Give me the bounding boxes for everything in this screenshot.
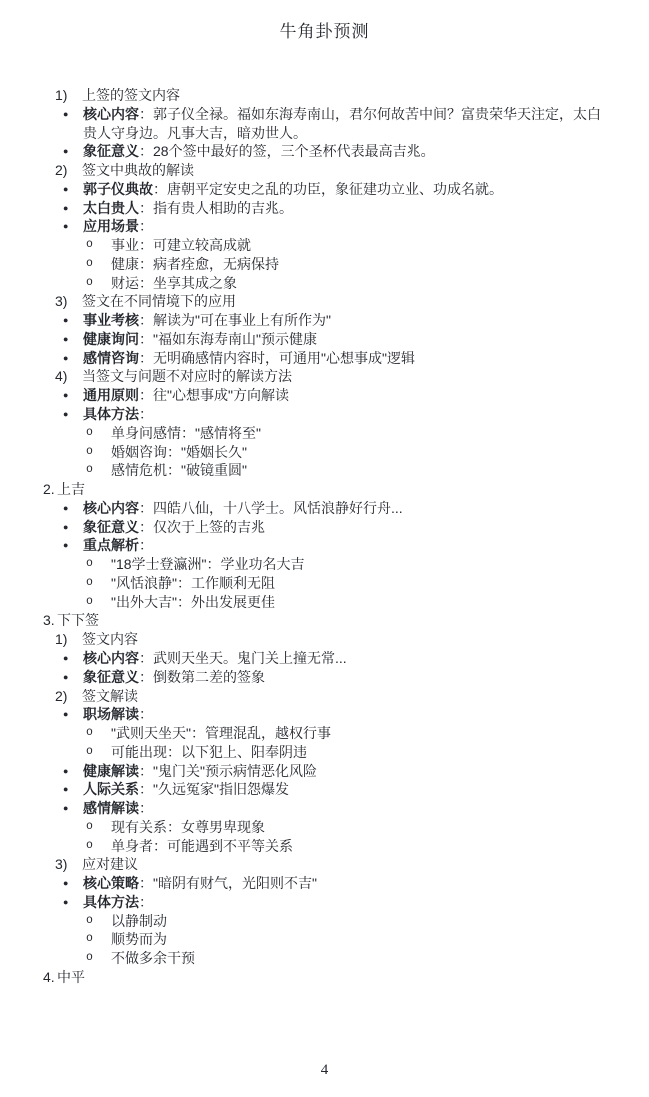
item-text: 婚姻咨询："婚姻长久" [111, 444, 247, 460]
document-page: 牛角卦预测 1)上签的签文内容●核心内容：郭子仪全禄。福如东海寿南山，君尔何故苦… [0, 0, 649, 1097]
bullet-item: ●象征意义：28个签中最好的签，三个圣杯代表最高吉兆。 [0, 142, 649, 161]
sub-bullet-marker: o [86, 555, 93, 574]
item-text: ：四皓八仙，十八学士。风恬浪静好行舟... [139, 500, 403, 516]
bullet-marker: ● [63, 217, 68, 236]
item-text: ： [139, 218, 153, 234]
sub-bullet-item: o感情危机："破镜重圆" [0, 461, 649, 480]
item-text: ： [139, 800, 153, 816]
bullet-item: ●重点解析： [0, 536, 649, 555]
item-label: 具体方法 [83, 894, 139, 910]
sub-bullet-item: o顺势而为 [0, 930, 649, 949]
sub-bullet-item: o婚姻咨询："婚姻长久" [0, 443, 649, 462]
item-label: 感情解读 [83, 800, 139, 816]
sub-bullet-item: o现有关系：女尊男卑现象 [0, 818, 649, 837]
bullet-marker: ● [63, 199, 68, 218]
number-marker: 3) [55, 855, 67, 874]
number-marker: 3. [43, 611, 55, 630]
bullet-item: ●事业考核：解读为"可在事业上有所作为" [0, 311, 649, 330]
sub-bullet-item: o"18学士登瀛洲"：学业功名大吉 [0, 555, 649, 574]
bullet-marker: ● [63, 499, 68, 518]
item-text: 顺势而为 [111, 931, 167, 947]
item-label: 象征意义 [83, 669, 139, 685]
bullet-item: ●核心内容：武则天坐天。鬼门关上撞无常... [0, 649, 649, 668]
item-text: "18学士登瀛洲"：学业功名大吉 [111, 556, 305, 572]
item-text: ：往"心想事成"方向解读 [139, 387, 289, 403]
item-text: ： [139, 537, 153, 553]
sub-bullet-marker: o [86, 593, 93, 612]
number-marker: 4. [43, 968, 55, 987]
bullet-marker: ● [63, 518, 68, 537]
item-text: 事业：可建立较高成就 [111, 237, 251, 253]
bullet-item: ●具体方法： [0, 405, 649, 424]
bullet-marker: ● [63, 386, 68, 405]
item-text: 签文内容 [82, 631, 138, 647]
bullet-marker: ● [63, 893, 68, 912]
item-text: "风恬浪静"：工作顺利无阻 [111, 575, 275, 591]
outline-subheading: 2)签文解读 [0, 687, 649, 706]
bullet-marker: ● [63, 330, 68, 349]
bullet-marker: ● [63, 405, 68, 424]
item-text: 上签的签文内容 [82, 87, 180, 103]
item-text: ： [139, 894, 153, 910]
item-text: 不做多余干预 [111, 950, 195, 966]
item-label: 重点解析 [83, 537, 139, 553]
number-marker: 2) [55, 161, 67, 180]
bullet-item: ●感情解读： [0, 799, 649, 818]
sub-bullet-marker: o [86, 574, 93, 593]
number-marker: 2. [43, 480, 55, 499]
item-text: "武则天坐天"：管理混乱，越权行事 [111, 725, 331, 741]
page-number: 4 [0, 1062, 649, 1079]
outline-subheading: 4)当签文与问题不对应时的解读方法 [0, 367, 649, 386]
item-label: 感情咨询 [83, 350, 139, 366]
item-text: ：郭子仪全禄。福如东海寿南山，君尔何故苦中间？富贵荣华天注定，太白贵人守身边。凡… [83, 106, 601, 141]
item-label: 象征意义 [83, 143, 139, 159]
outline-list: 1)上签的签文内容●核心内容：郭子仪全禄。福如东海寿南山，君尔何故苦中间？富贵荣… [0, 86, 649, 987]
bullet-marker: ● [63, 668, 68, 687]
sub-bullet-item: o健康：病者痊愈，无病保持 [0, 255, 649, 274]
item-label: 核心内容 [83, 650, 139, 666]
item-text: ："久远冤家"指旧怨爆发 [139, 781, 289, 797]
outline-heading: 4.中平 [0, 968, 649, 987]
sub-bullet-item: o"武则天坐天"：管理混乱，越权行事 [0, 724, 649, 743]
item-text: 签文中典故的解读 [82, 162, 194, 178]
item-text: ："鬼门关"预示病情恶化风险 [139, 763, 317, 779]
item-text: ： [139, 706, 153, 722]
sub-bullet-item: o事业：可建立较高成就 [0, 236, 649, 255]
item-label: 职场解读 [83, 706, 139, 722]
item-text: 感情危机："破镜重圆" [111, 462, 247, 478]
sub-bullet-item: o以静制动 [0, 912, 649, 931]
item-label: 核心内容 [83, 500, 139, 516]
sub-bullet-marker: o [86, 818, 93, 837]
item-text: ：指有贵人相助的吉兆。 [139, 200, 293, 216]
bullet-item: ●健康解读："鬼门关"预示病情恶化风险 [0, 762, 649, 781]
bullet-item: ●具体方法： [0, 893, 649, 912]
sub-bullet-item: o不做多余干预 [0, 949, 649, 968]
sub-bullet-item: o"风恬浪静"：工作顺利无阻 [0, 574, 649, 593]
sub-bullet-item: o"出外大吉"：外出发展更佳 [0, 593, 649, 612]
item-text: ：倒数第二差的签象 [139, 669, 265, 685]
sub-bullet-item: o财运：坐享其成之象 [0, 274, 649, 293]
item-label: 象征意义 [83, 519, 139, 535]
item-label: 郭子仪典故 [83, 181, 153, 197]
bullet-item: ●通用原则：往"心想事成"方向解读 [0, 386, 649, 405]
item-text: 可能出现：以下犯上、阳奉阴违 [111, 744, 307, 760]
bullet-marker: ● [63, 142, 68, 161]
bullet-marker: ● [63, 349, 68, 368]
sub-bullet-marker: o [86, 443, 93, 462]
sub-bullet-marker: o [86, 912, 93, 931]
item-text: ：武则天坐天。鬼门关上撞无常... [139, 650, 347, 666]
item-text: "出外大吉"：外出发展更佳 [111, 594, 275, 610]
item-label: 具体方法 [83, 406, 139, 422]
bullet-item: ●感情咨询：无明确感情内容时，可通用"心想事成"逻辑 [0, 349, 649, 368]
sub-bullet-item: o单身问感情："感情将至" [0, 424, 649, 443]
bullet-item: ●核心内容：四皓八仙，十八学士。风恬浪静好行舟... [0, 499, 649, 518]
item-text: 当签文与问题不对应时的解读方法 [82, 368, 292, 384]
outline-heading: 2.上吉 [0, 480, 649, 499]
sub-bullet-marker: o [86, 236, 93, 255]
item-label: 核心策略 [83, 875, 139, 891]
bullet-item: ●郭子仪典故：唐朝平定安史之乱的功臣，象征建功立业、功成名就。 [0, 180, 649, 199]
sub-bullet-marker: o [86, 255, 93, 274]
item-text: ："福如东海寿南山"预示健康 [139, 331, 317, 347]
outline-subheading: 1)签文内容 [0, 630, 649, 649]
item-text: ："暗阴有财气，光阳则不吉" [139, 875, 317, 891]
item-text: ：无明确感情内容时，可通用"心想事成"逻辑 [139, 350, 415, 366]
sub-bullet-marker: o [86, 930, 93, 949]
bullet-marker: ● [63, 649, 68, 668]
item-label: 通用原则 [83, 387, 139, 403]
outline-subheading: 3)应对建议 [0, 855, 649, 874]
outline-heading: 3.下下签 [0, 611, 649, 630]
item-label: 核心内容 [83, 106, 139, 122]
bullet-marker: ● [63, 311, 68, 330]
item-text: 单身者：可能遇到不平等关系 [111, 838, 293, 854]
item-label: 太白贵人 [83, 200, 139, 216]
bullet-marker: ● [63, 705, 68, 724]
item-text: ：解读为"可在事业上有所作为" [139, 312, 331, 328]
bullet-item: ●健康询问："福如东海寿南山"预示健康 [0, 330, 649, 349]
sub-bullet-item: o可能出现：以下犯上、阳奉阴违 [0, 743, 649, 762]
number-marker: 2) [55, 687, 67, 706]
bullet-marker: ● [63, 762, 68, 781]
number-marker: 4) [55, 367, 67, 386]
sub-bullet-item: o单身者：可能遇到不平等关系 [0, 837, 649, 856]
bullet-marker: ● [63, 799, 68, 818]
item-text: ： [139, 406, 153, 422]
item-label: 应用场景 [83, 218, 139, 234]
bullet-item: ●核心内容：郭子仪全禄。福如东海寿南山，君尔何故苦中间？富贵荣华天注定，太白贵人… [0, 105, 649, 143]
item-text: 单身问感情："感情将至" [111, 425, 261, 441]
bullet-marker: ● [63, 536, 68, 555]
item-label: 人际关系 [83, 781, 139, 797]
item-text: ：唐朝平定安史之乱的功臣，象征建功立业、功成名就。 [153, 181, 503, 197]
item-text: 签文在不同情境下的应用 [82, 293, 236, 309]
number-marker: 3) [55, 292, 67, 311]
bullet-item: ●应用场景： [0, 217, 649, 236]
bullet-marker: ● [63, 874, 68, 893]
bullet-marker: ● [63, 780, 68, 799]
item-text: 下下签 [57, 612, 99, 628]
item-text: 以静制动 [111, 913, 167, 929]
bullet-item: ●太白贵人：指有贵人相助的吉兆。 [0, 199, 649, 218]
sub-bullet-marker: o [86, 274, 93, 293]
sub-bullet-marker: o [86, 724, 93, 743]
item-text: 现有关系：女尊男卑现象 [111, 819, 265, 835]
bullet-marker: ● [63, 105, 68, 124]
item-text: 健康：病者痊愈，无病保持 [111, 256, 279, 272]
item-text: ：仅次于上签的吉兆 [139, 519, 265, 535]
item-label: 健康解读 [83, 763, 139, 779]
sub-bullet-marker: o [86, 837, 93, 856]
item-text: 中平 [57, 969, 85, 985]
sub-bullet-marker: o [86, 424, 93, 443]
bullet-item: ●核心策略："暗阴有财气，光阳则不吉" [0, 874, 649, 893]
item-label: 健康询问 [83, 331, 139, 347]
item-text: ：28个签中最好的签，三个圣杯代表最高吉兆。 [139, 143, 435, 159]
number-marker: 1) [55, 630, 67, 649]
item-text: 财运：坐享其成之象 [111, 275, 237, 291]
item-text: 签文解读 [82, 688, 138, 704]
bullet-item: ●职场解读： [0, 705, 649, 724]
bullet-item: ●象征意义：倒数第二差的签象 [0, 668, 649, 687]
outline-subheading: 3)签文在不同情境下的应用 [0, 292, 649, 311]
number-marker: 1) [55, 86, 67, 105]
sub-bullet-marker: o [86, 949, 93, 968]
outline-subheading: 2)签文中典故的解读 [0, 161, 649, 180]
document-title: 牛角卦预测 [0, 17, 649, 42]
item-label: 事业考核 [83, 312, 139, 328]
bullet-item: ●人际关系："久远冤家"指旧怨爆发 [0, 780, 649, 799]
bullet-marker: ● [63, 180, 68, 199]
sub-bullet-marker: o [86, 743, 93, 762]
sub-bullet-marker: o [86, 461, 93, 480]
item-text: 应对建议 [82, 856, 138, 872]
item-text: 上吉 [57, 481, 85, 497]
bullet-item: ●象征意义：仅次于上签的吉兆 [0, 518, 649, 537]
outline-subheading: 1)上签的签文内容 [0, 86, 649, 105]
